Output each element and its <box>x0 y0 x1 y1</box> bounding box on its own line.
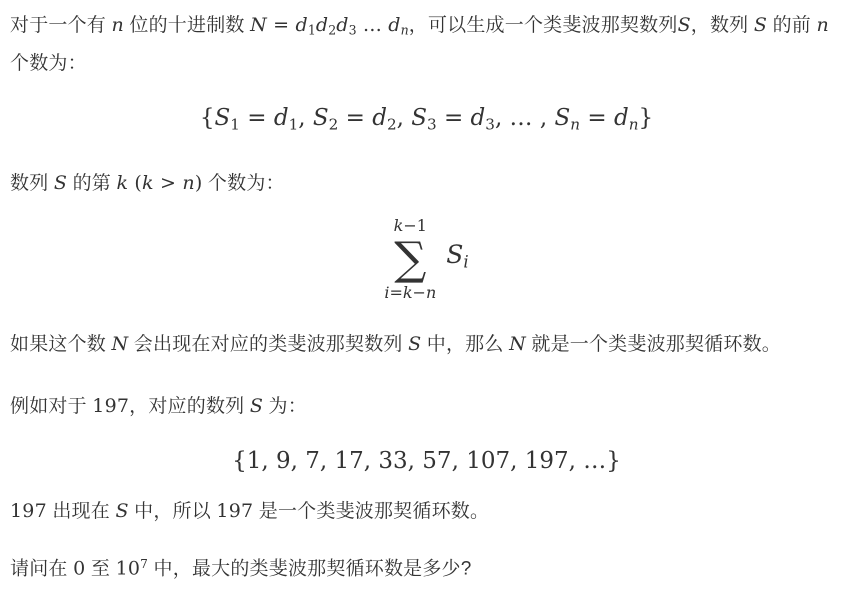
paragraph-question: 请问在 0 至 107 中，最大的类斐波那契循环数是多少? <box>10 548 843 585</box>
paragraph-example-intro: 例如对于 197，对应的数列 S 为： <box>10 390 843 423</box>
formula-initial-terms: {S1 = d1, S2 = d2, S3 = d3, … , Sn = dn} <box>10 100 843 142</box>
formula-summation: k−1 ∑ i=k−n Si <box>10 216 843 302</box>
problem-statement: 对于一个有 n 位的十进制数 N = d1d2d3 … dn，可以生成一个类斐波… <box>0 0 855 612</box>
sigma-symbol: ∑ <box>394 235 426 283</box>
formula-example-sequence: {1, 9, 7, 17, 33, 57, 107, 197, …} <box>10 443 843 479</box>
paragraph-kth-term: 数列 S 的第 k (k > n) 个数为： <box>10 167 843 200</box>
paragraph-intro: 对于一个有 n 位的十进制数 N = d1d2d3 … dn，可以生成一个类斐波… <box>10 9 843 80</box>
summation-term: Si <box>446 237 468 281</box>
paragraph-cycle-definition: 如果这个数 N 会出现在对应的类斐波那契数列 S 中，那么 N 就是一个类斐波那… <box>10 328 843 361</box>
summation-stack: k−1 ∑ i=k−n <box>384 216 436 302</box>
paragraph-example-conclusion: 197 出现在 S 中，所以 197 是一个类斐波那契循环数。 <box>10 495 843 528</box>
summation-lower-limit: i=k−n <box>384 283 436 302</box>
